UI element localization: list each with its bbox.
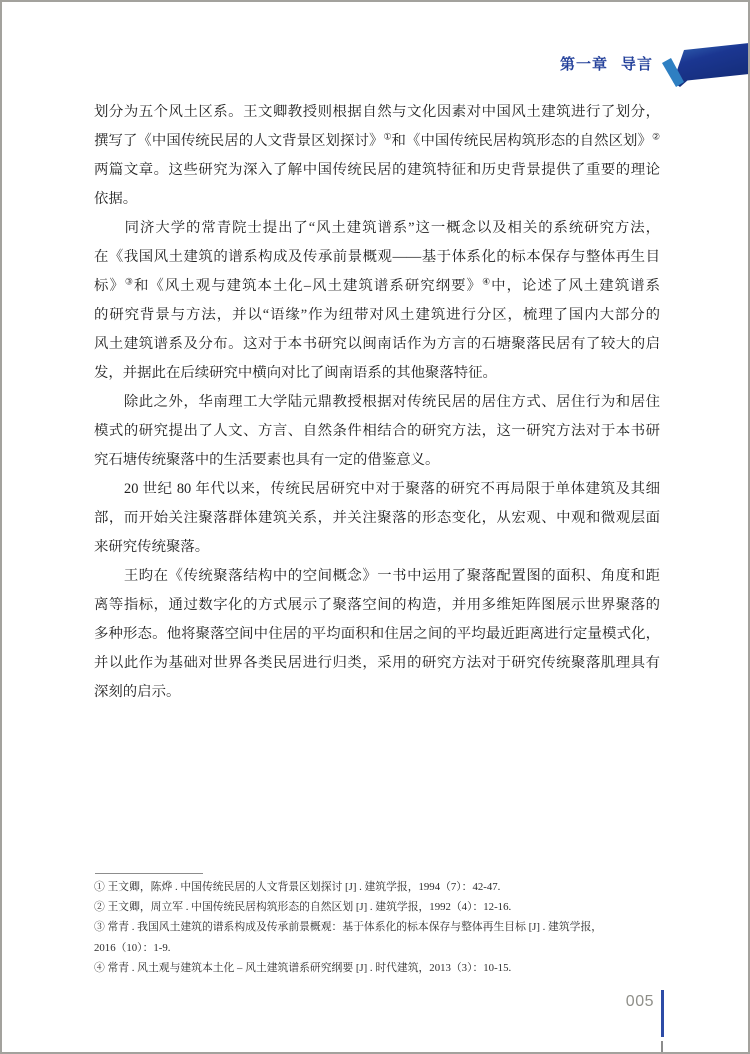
book-page: 第一章导言 划分为五个风土区系。王文卿教授则根据自然与文化因素对中国风土建筑进行…	[0, 0, 750, 1054]
body-text-line: 在《我国风土建筑的谱系构成及传承前景概观——基于体系化的标本保存与整体再生目	[94, 243, 660, 272]
page-number: 005	[626, 993, 654, 1011]
body-text-line: 撰写了《中国传统民居的人文背景区划探讨》①和《中国传统民居构筑形态的自然区划》②	[94, 127, 660, 156]
footnote-ref: ④	[482, 277, 491, 287]
body-text-line: 的研究背景与方法，并以“语缘”作为纽带对风土建筑进行分区，梳理了国内大部分的	[94, 301, 660, 330]
body-text: 划分为五个风土区系。王文卿教授则根据自然与文化因素对中国风土建筑进行了划分，撰写…	[94, 98, 660, 707]
chapter-number: 第一章	[560, 56, 608, 73]
body-text-line: 模式的研究提出了人文、方言、自然条件相结合的研究方法，这一研究方法对于本书研	[94, 417, 660, 446]
body-text-line: 部，而开始关注聚落群体建筑关系，并关注聚落的形态变化，从宏观、中观和微观层面	[94, 504, 660, 533]
footnote-line: ① 王文卿，陈烨 . 中国传统民居的人文背景区划探讨 [J] . 建筑学报，19…	[94, 877, 694, 897]
page-edge-marker-gray	[661, 1041, 663, 1054]
body-text-line: 20 世纪 80 年代以来，传统民居研究中对于聚落的研究不再局限于单体建筑及其细	[94, 475, 660, 504]
footnote-ref: ①	[383, 132, 391, 142]
footnotes: ① 王文卿，陈烨 . 中国传统民居的人文背景区划探讨 [J] . 建筑学报，19…	[94, 877, 694, 978]
footnote-line: ② 王文卿，周立军 . 中国传统民居构筑形态的自然区划 [J] . 建筑学报，1…	[94, 897, 694, 917]
footnote-ref: ③	[125, 277, 134, 287]
checkmark-swoosh-icon	[660, 41, 750, 87]
body-text-line: 多种形态。他将聚落空间中住居的平均面积和住居之间的平均最近距离进行定量模式化，	[94, 620, 660, 649]
body-text-line: 依据。	[94, 185, 660, 214]
body-text-line: 标》③和《风土观与建筑本土化–风土建筑谱系研究纲要》④中，论述了风土建筑谱系	[94, 272, 660, 301]
body-text-line: 来研究传统聚落。	[94, 533, 660, 562]
body-text-line: 并以此作为基础对世界各类民居进行归类，采用的研究方法对于研究传统聚落肌理具有	[94, 649, 660, 678]
footnote-divider	[95, 873, 203, 874]
footnote-ref: ②	[652, 132, 660, 142]
body-text-line: 深刻的启示。	[94, 678, 660, 707]
running-header: 第一章导言	[560, 53, 653, 74]
footnote-line: ④ 常青 . 风土观与建筑本土化 – 风土建筑谱系研究纲要 [J] . 时代建筑…	[94, 958, 694, 978]
body-text-line: 离等指标，通过数字化的方式展示了聚落空间的构造，并用多维矩阵图展示世界聚落的	[94, 591, 660, 620]
body-text-line: 除此之外，华南理工大学陆元鼎教授根据对传统民居的居住方式、居住行为和居住	[94, 388, 660, 417]
body-text-line: 发，并据此在后续研究中横向对比了闽南语系的其他聚落特征。	[94, 359, 660, 388]
chapter-title: 导言	[621, 56, 653, 73]
body-text-line: 究石塘传统聚落中的生活要素也具有一定的借鉴意义。	[94, 446, 660, 475]
body-text-line: 风土建筑谱系及分布。这对于本书研究以闽南话作为方言的石塘聚落民居有了较大的启	[94, 330, 660, 359]
footnote-line: ③ 常青 . 我国风土建筑的谱系构成及传承前景概观：基于体系化的标本保存与整体再…	[94, 917, 694, 937]
body-text-line: 王昀在《传统聚落结构中的空间概念》一书中运用了聚落配置图的面积、角度和距	[94, 562, 660, 591]
body-text-line: 划分为五个风土区系。王文卿教授则根据自然与文化因素对中国风土建筑进行了划分，	[94, 98, 660, 127]
footnote-line: 2016（10）：1-9.	[94, 938, 694, 958]
page-edge-marker-blue	[661, 990, 664, 1037]
body-text-line: 同济大学的常青院士提出了“风土建筑谱系”这一概念以及相关的系统研究方法，	[94, 214, 660, 243]
body-text-line: 两篇文章。这些研究为深入了解中国传统民居的建筑特征和历史背景提供了重要的理论	[94, 156, 660, 185]
